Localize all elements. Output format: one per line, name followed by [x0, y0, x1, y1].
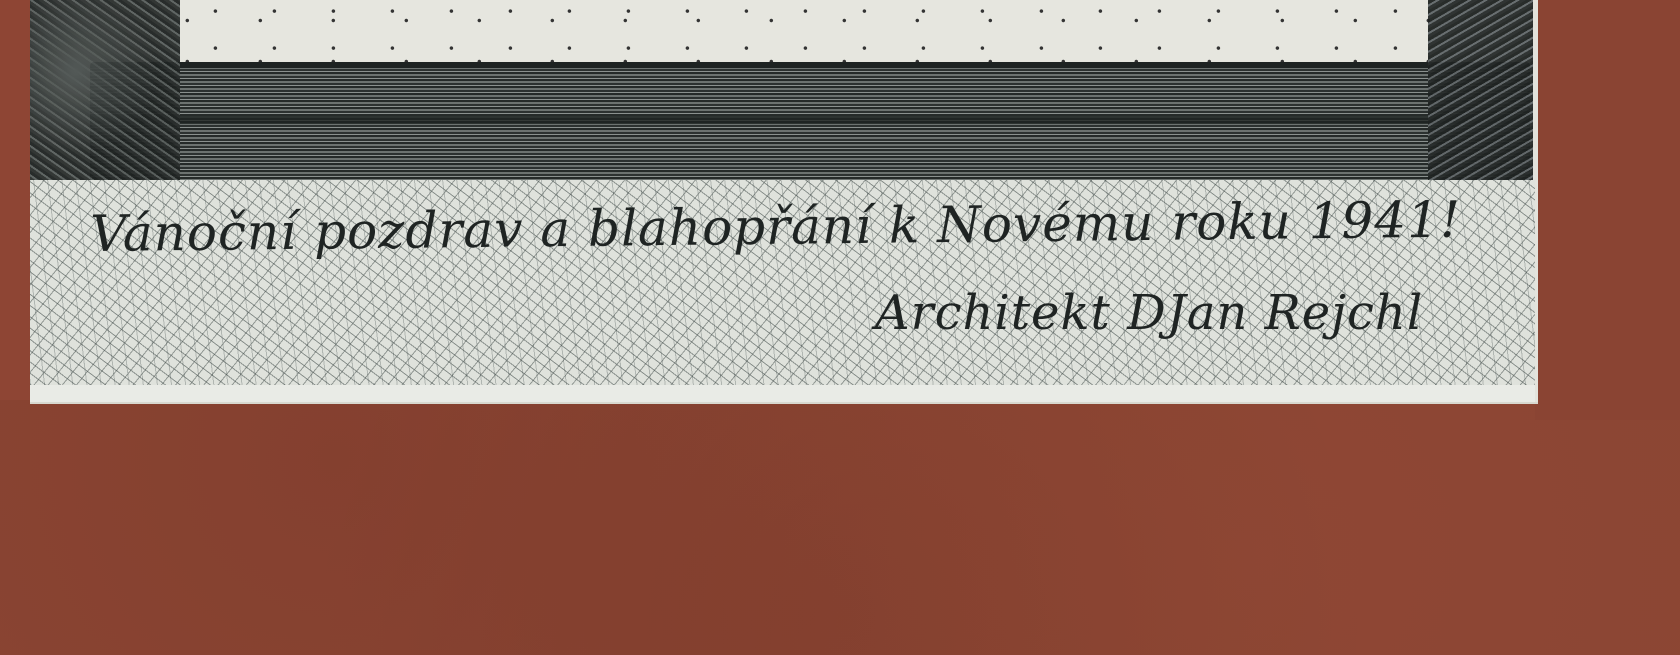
artist-signature: Architekt DJan Rejchl: [875, 285, 1423, 341]
paper-bottom-edge: [30, 385, 1535, 402]
etching-print: Vánoční pozdrav a blahopřání k Novému ro…: [30, 0, 1538, 404]
mat-left: [0, 0, 32, 400]
dark-stippled-band: [90, 62, 1530, 190]
mat-right: [1535, 0, 1680, 420]
dark-border-left: [30, 0, 180, 180]
upper-paper-area: [180, 0, 1430, 68]
dark-border-right: [1428, 0, 1533, 190]
